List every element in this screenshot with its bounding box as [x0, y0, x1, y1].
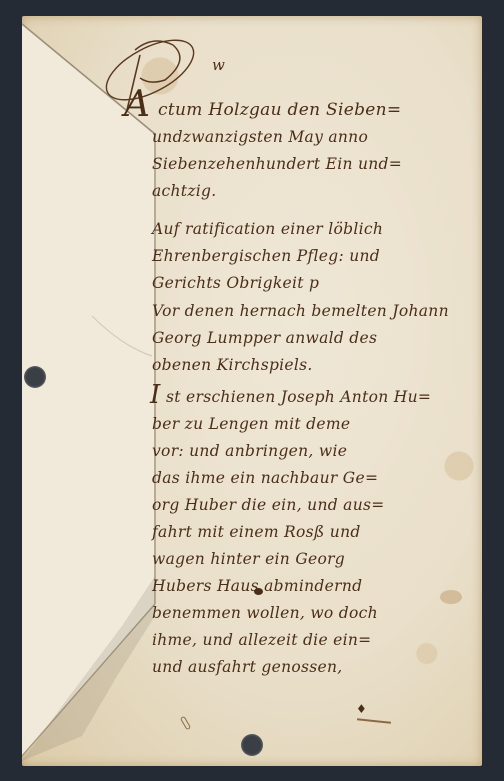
text-line: ber zu Lengen mit deme: [152, 411, 431, 438]
ink-mark: ♦: [356, 702, 367, 716]
text-line: wagen hinter ein Georg: [152, 546, 431, 573]
text-line: benemmen wollen, wo doch: [152, 600, 431, 627]
text-line: achtzig.: [152, 178, 402, 205]
text-line: vor: und anbringen, wie: [152, 438, 431, 465]
text-line: obenen Kirchspiels.: [152, 352, 449, 379]
text-line: Vor denen hernach bemelten Johann: [152, 298, 449, 325]
text-line: fahrt mit einem Rosß und: [152, 519, 431, 546]
paragraph-initial-a: A: [124, 84, 150, 125]
paragraph-2: Auf ratification einer löblich Ehrenberg…: [152, 216, 383, 297]
text-line: undzwanzigsten May anno: [152, 124, 402, 151]
text-line: ctum Holzgau den Sieben=: [152, 97, 402, 124]
text-line: ihme, und allezeit die ein=: [152, 627, 431, 654]
text-line: und ausfahrt genossen,: [152, 654, 431, 681]
text-line: Auf ratification einer löblich: [152, 216, 383, 243]
paper-stain: [440, 590, 462, 604]
flourish-w: w: [212, 56, 225, 74]
text-line: Siebenzehenhundert Ein und=: [152, 151, 402, 178]
text-line: das ihme ein nachbaur Ge=: [152, 465, 431, 492]
text-line: Georg Lumpper anwald des: [152, 325, 449, 352]
text-line: st erschienen Joseph Anton Hu=: [152, 384, 431, 411]
text-line: org Huber die ein, und aus=: [152, 492, 431, 519]
text-line: Ehrenbergischen Pfleg: und: [152, 243, 383, 270]
punch-hole-bottom: [241, 734, 263, 756]
paragraph-1: ctum Holzgau den Sieben= undzwanzigsten …: [152, 97, 402, 205]
text-line: Hubers Haus abmindernd: [152, 573, 431, 600]
paragraph-3: Vor denen hernach bemelten Johann Georg …: [152, 298, 449, 379]
text-line: Gerichts Obrigkeit p: [152, 270, 383, 297]
punch-hole-left: [24, 366, 46, 388]
paragraph-4: st erschienen Joseph Anton Hu= ber zu Le…: [152, 384, 431, 681]
